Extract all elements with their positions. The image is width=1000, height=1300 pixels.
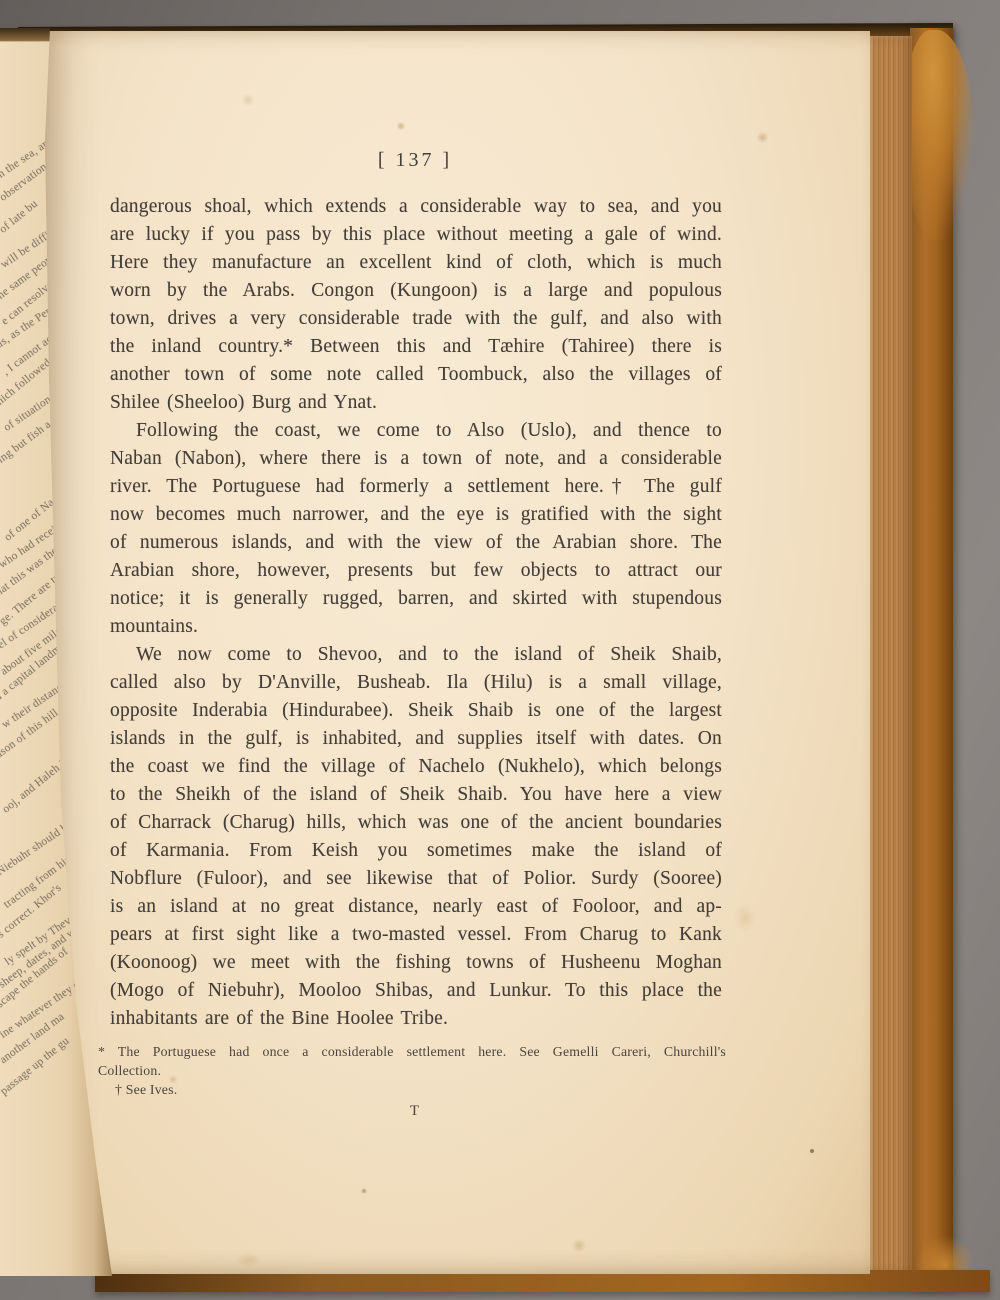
body-line: the coast we find the village of Nachelo…: [110, 753, 722, 781]
body-text: dangerous shoal, which extends a conside…: [110, 193, 722, 1033]
body-line: inhabitants are of the Bine Hoolee Tribe…: [110, 1005, 722, 1033]
body-line: Following the coast, we come to Also (Us…: [110, 417, 722, 445]
body-line: Naban (Nabon), where there is a town of …: [110, 445, 722, 473]
body-line: now becomes much narrower, and the eye i…: [110, 501, 722, 529]
page-fragment: s of late bu: [0, 198, 40, 241]
foxing-spot: [734, 903, 756, 933]
footnotes: * The Portuguese had once a considerable…: [98, 1042, 726, 1099]
body-line: Nobflure (Fuloor), and see likewise that…: [110, 865, 722, 893]
body-line: of Charrack (Charug) hills, which was on…: [110, 809, 722, 837]
body-line: notice; it is generally rugged, barren, …: [110, 585, 722, 613]
book-page: [ 137 ] dangerous shoal, which extends a…: [40, 31, 870, 1274]
foxing-spot: [571, 1239, 587, 1252]
body-line: is an island at no great distance, nearl…: [110, 893, 722, 921]
foxing-spot: [241, 94, 255, 106]
body-line: town, drives a very considerable trade w…: [110, 305, 722, 333]
body-line: of numerous islands, and with the view o…: [110, 529, 722, 557]
body-line: called also by D'Anville, Busheab. Ila (…: [110, 669, 722, 697]
footnote-line: † See Ives.: [98, 1080, 726, 1099]
body-line: are lucky if you pass by this place with…: [110, 221, 722, 249]
body-line: the inland country.* Between this and Tæ…: [110, 333, 722, 361]
facing-page-top-shade: [0, 28, 52, 42]
body-line: We now come to Shevoo, and to the island…: [110, 641, 722, 669]
page-number-header: [ 137 ]: [110, 149, 720, 172]
footnote-line: Collection.: [98, 1061, 726, 1080]
foxing-spot: [361, 1188, 367, 1194]
foxing-spot: [396, 122, 406, 130]
body-line: Here they manufacture an excellent kind …: [110, 249, 722, 277]
scan-background: [ 137 ] dangerous shoal, which extends a…: [0, 0, 1000, 1300]
body-line: worn by the Arabs. Congon (Kungoon) is a…: [110, 277, 722, 305]
body-line: (Mogo of Niebuhr), Mooloo Shibas, and Lu…: [110, 977, 722, 1005]
body-line: of Karmania. From Keish you sometimes ma…: [110, 837, 722, 865]
foxing-spot: [756, 132, 769, 143]
fore-edge-pages: [866, 36, 912, 1274]
body-line: islands in the gulf, is inhabited, and s…: [110, 725, 722, 753]
page-fragment: passage up the gu: [0, 1035, 72, 1098]
body-line: mountains.: [110, 613, 722, 641]
body-line: pears at first sight like a two-masted v…: [110, 921, 722, 949]
body-line: river. The Portuguese had formerly a set…: [110, 473, 722, 501]
body-line: (Koonoog) we meet with the fishing towns…: [110, 949, 722, 977]
foxing-spot: [236, 1253, 262, 1267]
footnote-line: * The Portuguese had once a considerable…: [98, 1042, 726, 1061]
foxing-spot: [810, 1149, 814, 1153]
body-line: Shilee (Sheeloo) Burg and Ynat.: [110, 389, 722, 417]
body-line: to the Sheikh of the island of Sheik Sha…: [110, 781, 722, 809]
body-line: Arabian shore, however, presents but few…: [110, 557, 722, 585]
body-line: opposite Inderabia (Hindurabee). Sheik S…: [110, 697, 722, 725]
body-line: dangerous shoal, which extends a conside…: [110, 193, 722, 221]
body-line: another town of some note called Toombuc…: [110, 361, 722, 389]
leather-corner-wear-top: [905, 30, 975, 240]
signature-mark: T: [110, 1103, 720, 1120]
